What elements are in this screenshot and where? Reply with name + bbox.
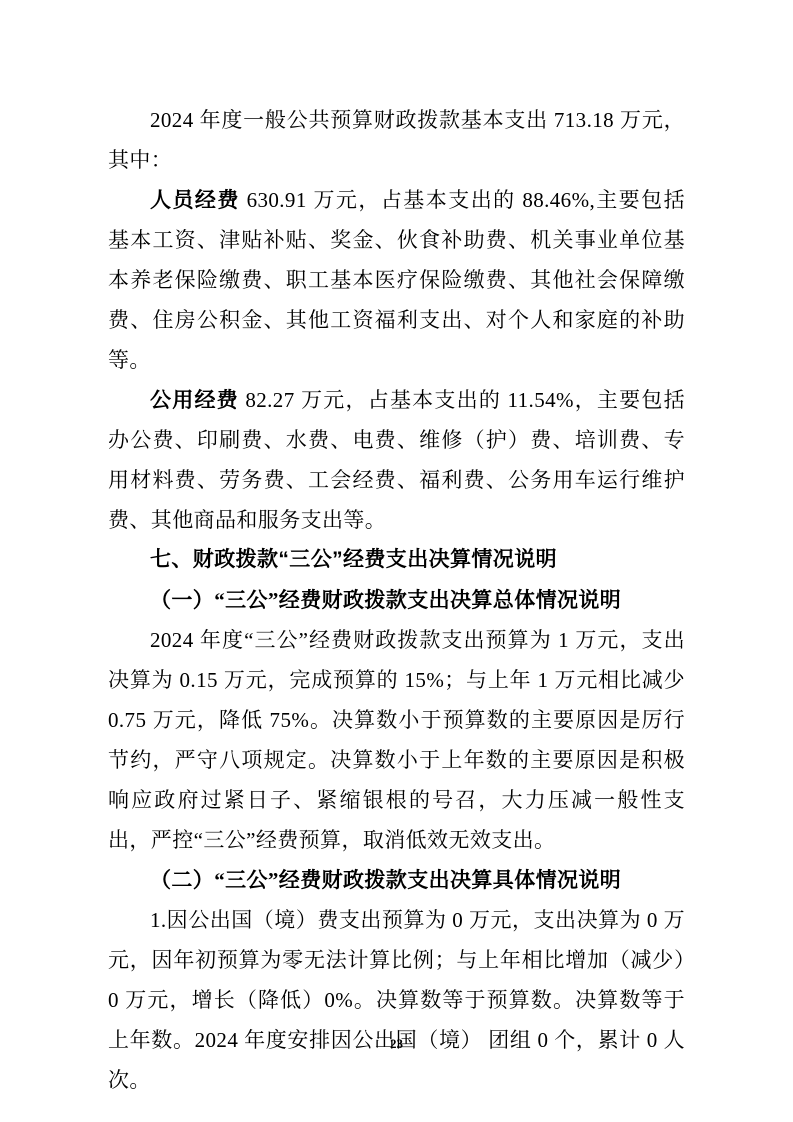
subsection-one-heading: （一）“三公”经费财政拨款支出决算总体情况说明 <box>108 580 685 620</box>
document-page: 2024 年度一般公共预算财政拨款基本支出 713.18 万元，其中： 人员经费… <box>0 0 793 1122</box>
paragraph-overseas-travel: 1.因公出国（境）费支出预算为 0 万元，支出决算为 0 万元，因年初预算为零无… <box>108 900 685 1100</box>
paragraph-overall-situation: 2024 年度“三公”经费财政拨款支出预算为 1 万元，支出决算为 0.15 万… <box>108 620 685 860</box>
page-number: 23 <box>0 1036 793 1052</box>
subsection-two-heading: （二）“三公”经费财政拨款支出决算具体情况说明 <box>108 860 685 900</box>
public-expenses-label: 公用经费 <box>150 388 239 412</box>
personnel-expenses-label: 人员经费 <box>150 188 240 212</box>
personnel-expenses-text: 630.91 万元，占基本支出的 88.46%,主要包括基本工资、津贴补贴、奖金… <box>108 188 685 372</box>
paragraph-personnel-expenses: 人员经费 630.91 万元，占基本支出的 88.46%,主要包括基本工资、津贴… <box>108 180 685 380</box>
paragraph-public-expenses: 公用经费 82.27 万元，占基本支出的 11.54%，主要包括办公费、印刷费、… <box>108 380 685 540</box>
section-seven-heading: 七、财政拨款“三公”经费支出决算情况说明 <box>108 540 685 580</box>
paragraph-basic-expenditure: 2024 年度一般公共预算财政拨款基本支出 713.18 万元，其中： <box>108 100 685 180</box>
